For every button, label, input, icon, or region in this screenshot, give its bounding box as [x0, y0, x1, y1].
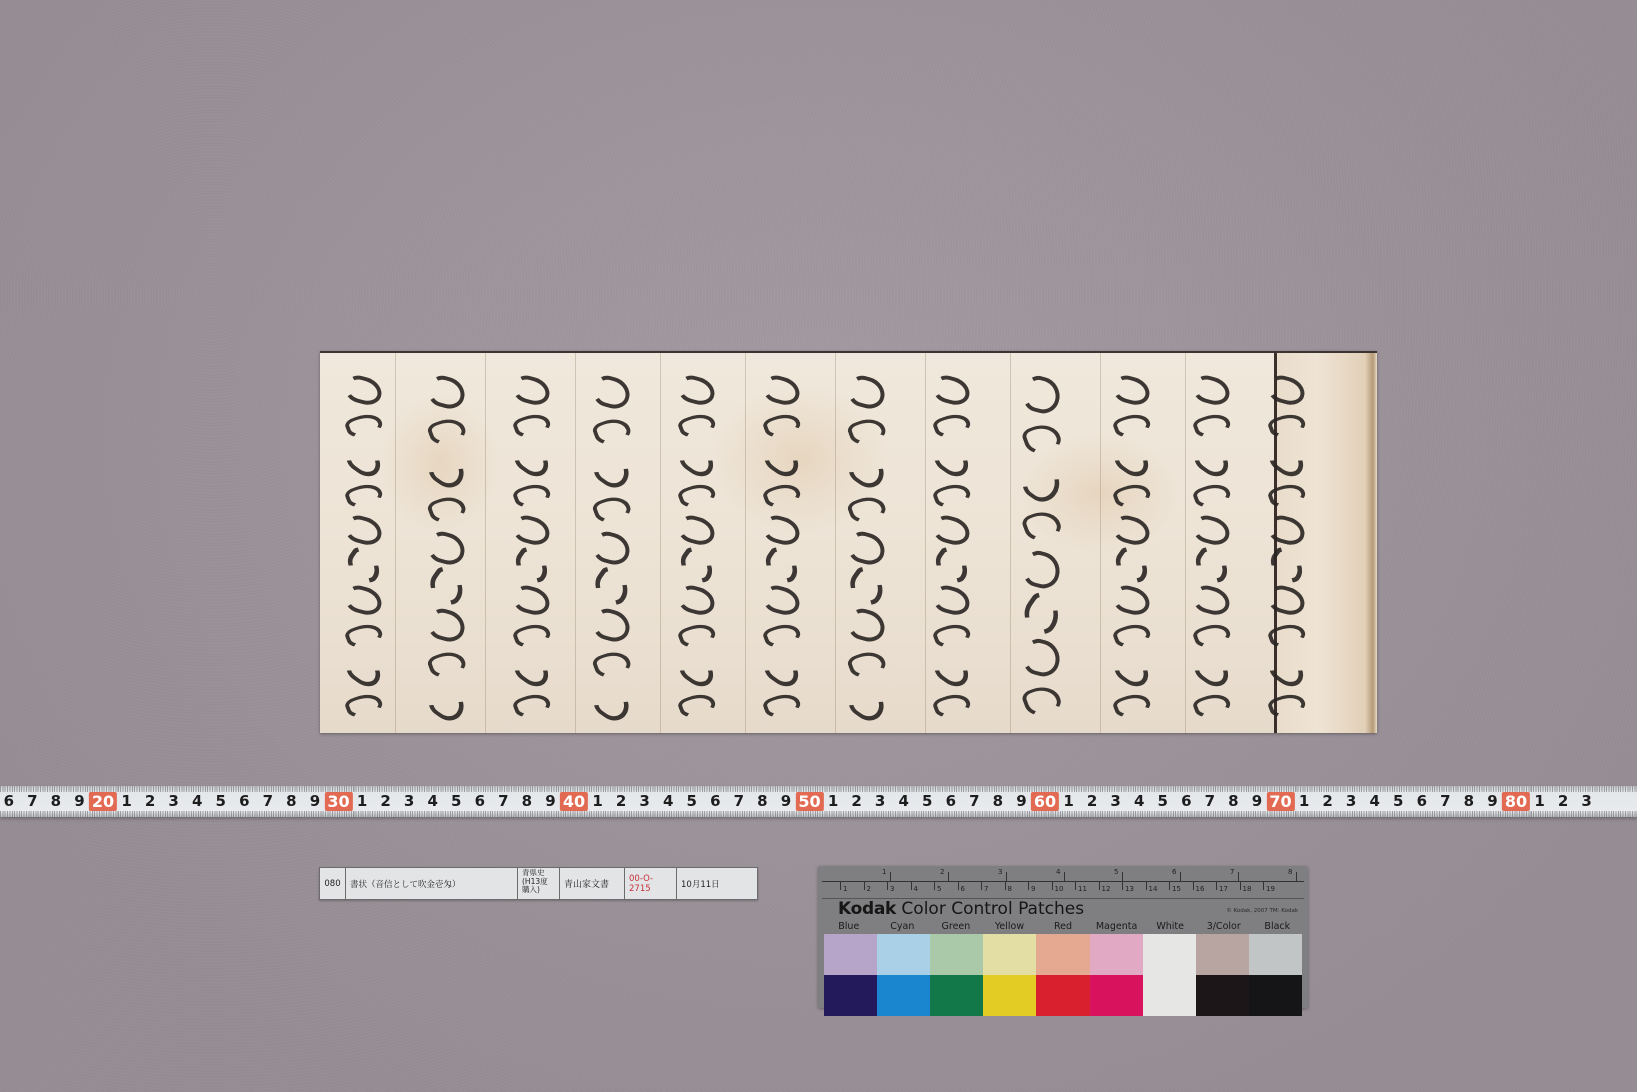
tape-number: 3 — [1110, 792, 1120, 811]
label-collection: 青山家文書 — [560, 868, 625, 899]
tape-number: 4 — [1134, 792, 1144, 811]
cm-mark: 5 — [937, 885, 941, 893]
tape-number: 3 — [1346, 792, 1356, 811]
label-number: 080 — [320, 868, 346, 899]
kodak-copyright: © Kodak, 2007 TM: Kodak — [1226, 908, 1298, 914]
cm-mark: 9 — [1031, 885, 1035, 893]
cm-mark: 7 — [984, 885, 988, 893]
patch-label: Magenta — [1090, 921, 1144, 932]
cm-mark: 15 — [1172, 885, 1181, 893]
cm-mark: 8 — [1008, 885, 1012, 893]
fold-line — [575, 353, 576, 733]
inch-mark: 5 — [1114, 868, 1118, 876]
tape-number: 5 — [451, 792, 461, 811]
tape-number: 1 — [121, 792, 131, 811]
patch-black — [1249, 934, 1302, 1016]
tape-number: 60 — [1031, 792, 1059, 811]
tape-number: 8 — [522, 792, 532, 811]
tape-number: 2 — [1087, 792, 1097, 811]
tape-number: 7 — [1440, 792, 1450, 811]
fold-line — [835, 353, 836, 733]
tape-number: 1 — [1534, 792, 1544, 811]
tape-number: 8 — [286, 792, 296, 811]
patch-white — [1143, 934, 1196, 1016]
tape-number: 2 — [1322, 792, 1332, 811]
patch-label: Blue — [822, 921, 876, 932]
tape-number: 8 — [1228, 792, 1238, 811]
calligraphy-column — [510, 373, 554, 723]
calligraphy-column — [1110, 373, 1154, 723]
label-code: 00-O-2715 — [625, 868, 677, 899]
label-source: 青県史(H13度購入) — [518, 868, 560, 899]
tape-number: 3 — [875, 792, 885, 811]
tape-number: 8 — [993, 792, 1003, 811]
catalog-label: 080 書状（音信として吹金壱匁） 青県史(H13度購入) 青山家文書 00-O… — [319, 867, 758, 900]
tape-number: 5 — [216, 792, 226, 811]
tape-number: 2 — [616, 792, 626, 811]
handwritten-letter — [320, 351, 1377, 733]
cm-mark: 12 — [1102, 885, 1111, 893]
cm-mark: 18 — [1243, 885, 1252, 893]
calligraphy-column — [760, 373, 804, 723]
kodak-subtitle: Color Control Patches — [901, 899, 1084, 919]
patch-yellow — [983, 934, 1036, 1016]
tape-number: 5 — [922, 792, 932, 811]
tape-number: 70 — [1266, 792, 1294, 811]
tape-number: 1 — [828, 792, 838, 811]
patch-magenta — [1090, 934, 1143, 1016]
tape-number: 6 — [239, 792, 249, 811]
tape-number: 7 — [263, 792, 273, 811]
patch-label: Black — [1251, 921, 1305, 932]
tape-number: 20 — [89, 792, 117, 811]
tape-number: 6 — [475, 792, 485, 811]
cm-mark: 1 — [843, 885, 847, 893]
inch-mark: 2 — [940, 868, 944, 876]
cm-mark: 2 — [867, 885, 871, 893]
cm-mark: 17 — [1219, 885, 1228, 893]
tape-number: 5 — [1158, 792, 1168, 811]
tape-number: 1 — [592, 792, 602, 811]
calligraphy-column — [1265, 373, 1309, 723]
tape-number: 1 — [357, 792, 367, 811]
tape-number: 9 — [1016, 792, 1026, 811]
tape-number: 9 — [781, 792, 791, 811]
tape-number: 7 — [1205, 792, 1215, 811]
tape-number: 3 — [168, 792, 178, 811]
tape-number: 4 — [192, 792, 202, 811]
calligraphy-column — [342, 373, 386, 723]
tape-number: 3 — [404, 792, 414, 811]
patch-label: Cyan — [876, 921, 930, 932]
patch-label: Green — [929, 921, 983, 932]
tape-number: 6 — [710, 792, 720, 811]
cm-mark: 6 — [961, 885, 965, 893]
tape-number: 4 — [663, 792, 673, 811]
tape-number: 2 — [851, 792, 861, 811]
tape-number: 8 — [51, 792, 61, 811]
tape-number: 30 — [324, 792, 352, 811]
kodak-title: Kodak Color Control Patches — [838, 899, 1084, 919]
tape-number: 6 — [946, 792, 956, 811]
tape-number: 6 — [4, 792, 14, 811]
fold-line — [395, 353, 396, 733]
tape-number: 6 — [1181, 792, 1191, 811]
calligraphy-column — [930, 373, 974, 723]
inch-mark: 4 — [1056, 868, 1060, 876]
calligraphy-column — [1190, 373, 1234, 723]
label-title: 書状（音信として吹金壱匁） — [346, 868, 518, 899]
fold-line — [745, 353, 746, 733]
patch-names: BlueCyanGreenYellowRedMagentaWhite3/Colo… — [822, 921, 1304, 932]
fold-line — [1010, 353, 1011, 733]
fold-line — [925, 353, 926, 733]
patch-cyan — [877, 934, 930, 1016]
tape-number: 5 — [1393, 792, 1403, 811]
tape-number: 8 — [757, 792, 767, 811]
tape-number: 7 — [734, 792, 744, 811]
kodak-color-card: 1234567812345678910111213141516171819 Ko… — [818, 866, 1308, 1008]
tape-number: 1 — [1063, 792, 1073, 811]
fold-line — [660, 353, 661, 733]
tape-number: 4 — [1369, 792, 1379, 811]
patch-label: Yellow — [983, 921, 1037, 932]
patch-label: Red — [1036, 921, 1090, 932]
tape-number: 6 — [1417, 792, 1427, 811]
tape-number: 8 — [1464, 792, 1474, 811]
inch-mark: 6 — [1172, 868, 1176, 876]
cm-mark: 14 — [1149, 885, 1158, 893]
patch-label: 3/Color — [1197, 921, 1251, 932]
patch-red — [1036, 934, 1089, 1016]
patch-blue — [824, 934, 877, 1016]
calligraphy-column — [845, 373, 889, 723]
tape-number: 40 — [560, 792, 588, 811]
color-patches — [824, 934, 1302, 1016]
tape-number: 7 — [27, 792, 37, 811]
calligraphy-column — [1020, 373, 1064, 723]
tape-number: 9 — [310, 792, 320, 811]
tape-number: 9 — [1252, 792, 1262, 811]
tape-number: 9 — [74, 792, 84, 811]
patch-green — [930, 934, 983, 1016]
tape-number: 2 — [380, 792, 390, 811]
tape-number: 2 — [145, 792, 155, 811]
measuring-tape: 6789201234567893012345678940123456789501… — [0, 786, 1637, 817]
fold-line — [1100, 353, 1101, 733]
inch-mark: 1 — [882, 868, 886, 876]
cm-mark: 3 — [890, 885, 894, 893]
tape-ticks-bottom — [0, 811, 1637, 817]
tape-number: 7 — [498, 792, 508, 811]
calligraphy-column — [590, 373, 634, 723]
tape-number: 4 — [898, 792, 908, 811]
patch-3-color — [1196, 934, 1249, 1016]
calligraphy-column — [425, 373, 469, 723]
tape-number: 1 — [1299, 792, 1309, 811]
tape-number: 4 — [427, 792, 437, 811]
tape-number: 3 — [639, 792, 649, 811]
kodak-ruler: 1234567812345678910111213141516171819 — [822, 868, 1304, 899]
cm-mark: 10 — [1055, 885, 1064, 893]
tape-number: 9 — [1487, 792, 1497, 811]
inch-mark: 3 — [998, 868, 1002, 876]
tape-number: 5 — [687, 792, 697, 811]
tape-number: 7 — [969, 792, 979, 811]
cm-mark: 16 — [1196, 885, 1205, 893]
patch-label: White — [1143, 921, 1197, 932]
tape-number: 3 — [1581, 792, 1591, 811]
inch-mark: 7 — [1230, 868, 1234, 876]
tape-number: 2 — [1558, 792, 1568, 811]
cm-mark: 4 — [914, 885, 918, 893]
kodak-brand: Kodak — [838, 899, 896, 919]
fold-line — [485, 353, 486, 733]
inch-mark: 8 — [1288, 868, 1292, 876]
cm-mark: 19 — [1266, 885, 1275, 893]
tape-number: 50 — [795, 792, 823, 811]
label-date: 10月11日 — [677, 868, 757, 899]
cm-mark: 11 — [1078, 885, 1087, 893]
tape-number: 80 — [1502, 792, 1530, 811]
cm-mark: 13 — [1125, 885, 1134, 893]
tape-number: 9 — [545, 792, 555, 811]
fold-line — [1185, 353, 1186, 733]
calligraphy-column — [675, 373, 719, 723]
